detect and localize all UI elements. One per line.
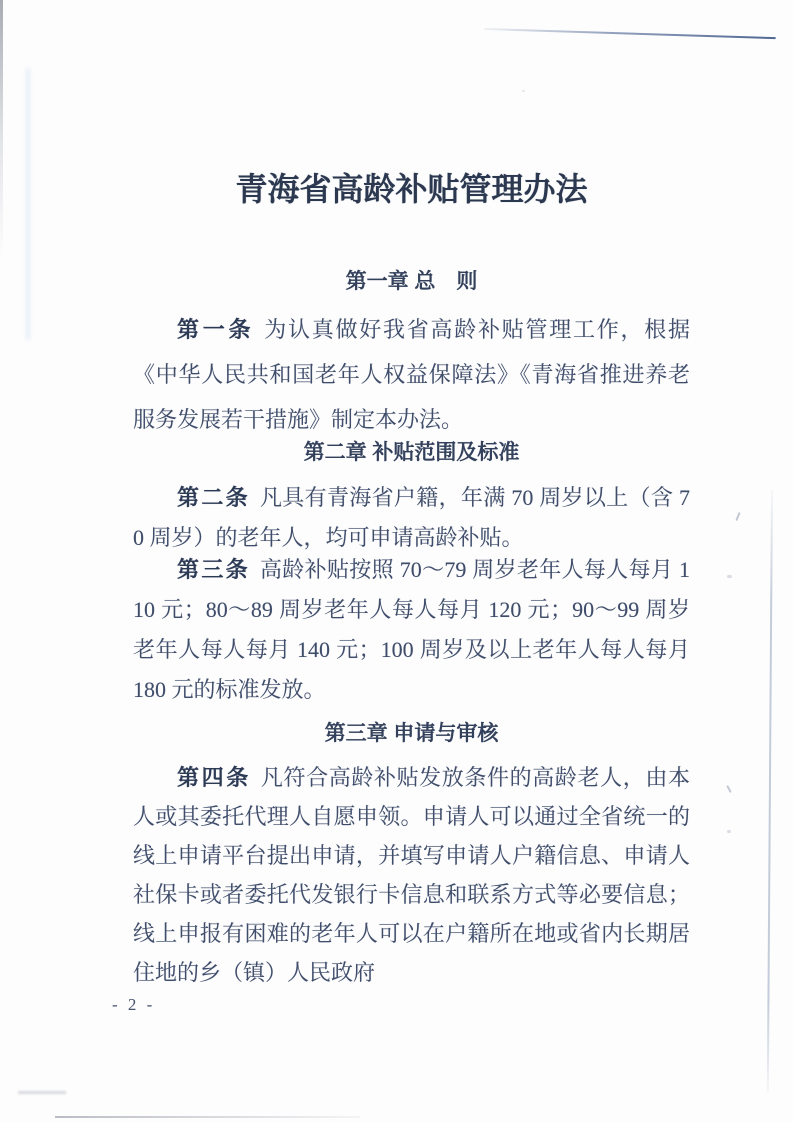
article-paragraph-2: 第二条凡具有青海省户籍，年满 70 周岁以上（含 70 周岁）的老年人，均可申请… — [133, 478, 690, 558]
article-paragraph-1: 第一条为认真做好我省高龄补贴管理工作，根据《中华人民共和国老年人权益保障法》《青… — [133, 307, 690, 442]
scan-artifact-speck — [727, 830, 731, 833]
document-title: 青海省高龄补贴管理办法 — [133, 166, 690, 212]
scan-artifact-speck — [727, 575, 732, 578]
chapter-heading-1: 第一章 总 则 — [133, 267, 690, 297]
scan-artifact-diagonal-line — [484, 28, 776, 39]
scan-artifact-left-streak — [26, 68, 30, 340]
chapter-heading-2: 第二章 补贴范围及标准 — [133, 438, 690, 468]
article-number-2: 第二条 — [177, 485, 250, 510]
article-number-3: 第三条 — [177, 557, 250, 582]
article-number-1: 第一条 — [177, 317, 254, 342]
scan-artifact-speck — [726, 785, 732, 793]
scanned-document-page: 青海省高龄补贴管理办法 第一章 总 则 第一条为认真做好我省高龄补贴管理工作，根… — [0, 0, 793, 1122]
article-paragraph-4: 第四条凡符合高龄补贴发放条件的高龄老人，由本人或其委托代理人自愿申领。申请人可以… — [133, 758, 690, 992]
article-paragraph-3: 第三条高龄补贴按照 70～79 周岁老年人每人每月 110 元；80～89 周岁… — [133, 550, 690, 710]
scan-artifact-left-edge-shadow — [0, 0, 3, 260]
scan-artifact-bottom-edge-shadow — [55, 1116, 360, 1118]
page-number: - 2 - — [112, 995, 155, 1015]
article-number-4: 第四条 — [177, 765, 251, 790]
scan-artifact-speck — [735, 512, 740, 521]
article-text-4: 凡符合高龄补贴发放条件的高龄老人，由本人或其委托代理人自愿申领。申请人可以通过全… — [133, 765, 690, 985]
scan-artifact-speck — [522, 90, 525, 92]
scan-artifact-smudge — [18, 1091, 66, 1094]
scan-artifact-page-edge-line — [767, 490, 773, 1093]
chapter-heading-3: 第三章 申请与审核 — [133, 719, 690, 749]
